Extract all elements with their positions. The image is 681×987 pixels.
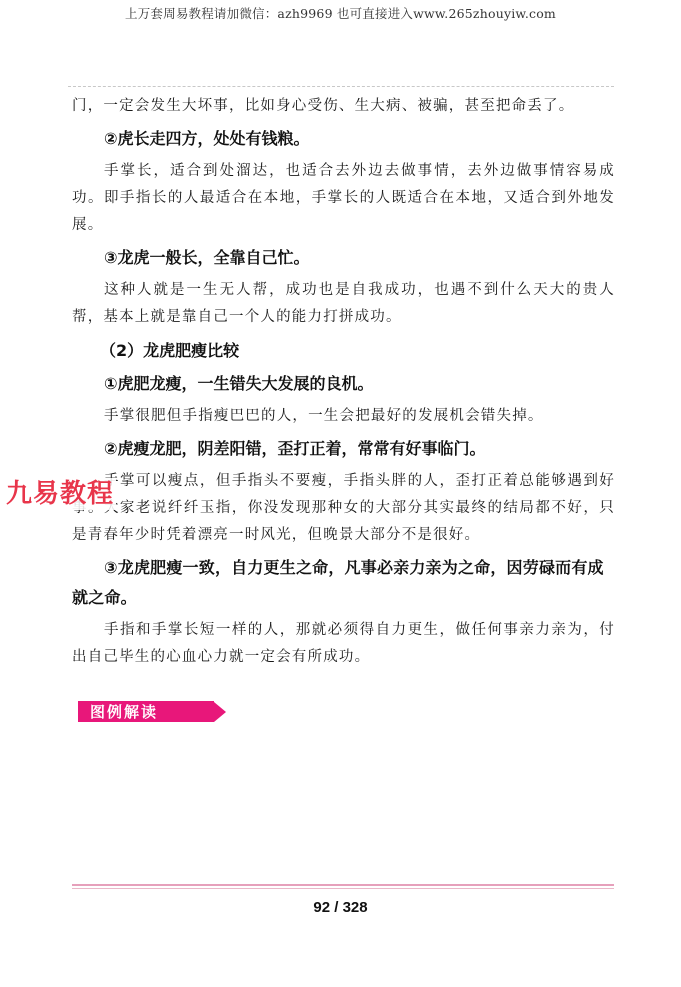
section2-paragraph-3: 手指和手掌长短一样的人，那就必须得自力更生，做任何事亲力亲为，付出自己毕生的心血… [72,617,615,671]
section2-heading-1: ①虎肥龙瘦，一生错失大发展的良机。 [72,369,615,399]
point-heading-3: ③龙虎一般长，全靠自己忙。 [72,243,615,273]
section2-paragraph-2: 手掌可以瘦点，但手指头不要瘦，手指头胖的人，歪打正着总能够遇到好事。大家老说纤纤… [72,468,615,549]
section2-heading-2: ②虎瘦龙肥，阴差阳错，歪打正着，常常有好事临门。 [72,434,615,464]
watermark-logo: 九易教程 [6,478,116,510]
section2-paragraph-1: 手掌很肥但手指瘦巴巴的人，一生会把最好的发展机会错失掉。 [72,403,615,430]
paragraph-continued: 门，一定会发生大坏事，比如身心受伤、生大病、被骗，甚至把命丢了。 [72,93,615,120]
point-heading-2: ②虎长走四方，处处有钱粮。 [72,124,615,154]
banner-label: 图例解读 [78,701,214,722]
paragraph-2: 手掌长，适合到处溜达，也适合去外边去做事情，去外边做事情容易成功。即手指长的人最… [72,158,615,239]
footer-divider-top [72,884,614,886]
section2-heading-3: ③龙虎肥瘦一致，自力更生之命，凡事必亲力亲为之命，因劳碌而有成就之命。 [72,553,615,613]
page-number: 92 / 328 [0,899,681,916]
top-watermark-text: 上万套周易教程请加微信：azh9969 也可直接进入www.265zhouyiw… [0,4,681,22]
paragraph-3: 这种人就是一生无人帮，成功也是自我成功，也遇不到什么天大的贵人帮，基本上就是靠自… [72,277,615,331]
illustration-banner: 图例解读 [78,701,226,722]
banner-arrow-icon [214,702,226,722]
header-divider [68,86,614,87]
page-content: 门，一定会发生大坏事，比如身心受伤、生大病、被骗，甚至把命丢了。 ②虎长走四方，… [72,93,615,671]
section-heading: （2）龙虎肥瘦比较 [72,335,615,367]
footer-divider-bottom [72,888,614,889]
